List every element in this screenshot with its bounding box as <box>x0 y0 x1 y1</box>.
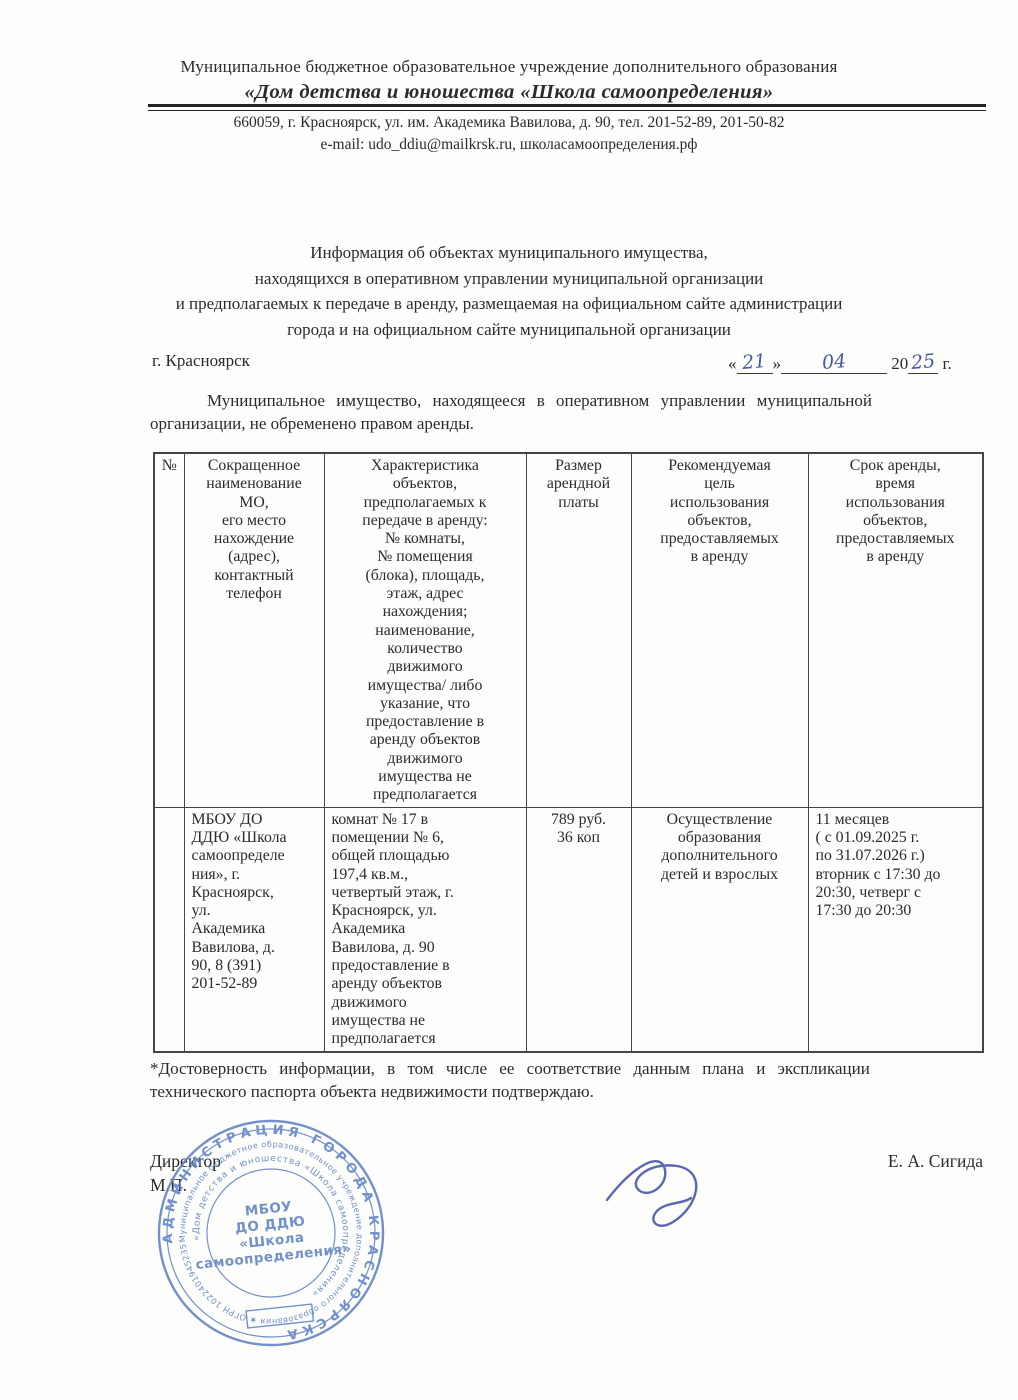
table-header-row: № Сокращенное наименование МО, его место… <box>154 453 983 807</box>
address-line: 660059, г. Красноярск, ул. им. Академика… <box>0 114 1018 132</box>
header-number: № <box>154 453 184 807</box>
header-characteristics: Характеристика объектов, предполагаемых … <box>324 453 526 807</box>
city-label: г. Красноярск <box>152 351 250 371</box>
footnote-line-1: *Достоверность информации, в том числе е… <box>150 1058 983 1081</box>
dateline: г. Красноярск «21»04 2025 г. <box>0 351 1018 381</box>
intro-paragraph: Муниципальное имущество, находящееся в о… <box>150 390 983 435</box>
date-open-quote: « <box>728 354 737 373</box>
org-name-line: «Дом детства и юношества «Школа самоопре… <box>0 81 1018 104</box>
date-year-handwritten: 25 <box>910 350 936 374</box>
signer-name: Е. А. Сигида <box>755 1151 983 1172</box>
footnote-line-2: технического паспорта объекта недвижимос… <box>150 1081 983 1104</box>
footnote: *Достоверность информации, в том числе е… <box>150 1058 983 1103</box>
official-stamp: АДМИНИСТРАЦИЯ ГОРОДА КРАСНОЯРСКА Муницип… <box>138 1100 404 1366</box>
date-day-handwritten: 21 <box>741 350 767 374</box>
date-century: 20 <box>891 354 908 373</box>
intro-line-1: Муниципальное имущество, находящееся в о… <box>150 390 983 413</box>
stamp-center-text: МБОУ ДО ДДЮ «Школа самоопределения» <box>138 1100 404 1366</box>
cell-characteristics: комнат № 17 в помещении № 6, общей площа… <box>324 807 526 1051</box>
intro-line-2: организации, не обременено правом аренды… <box>150 413 983 436</box>
date-suffix: г. <box>943 354 952 373</box>
date-close-quote: » <box>773 354 782 373</box>
cell-lease-term: 11 месяцев ( с 01.09.2025 г. по 31.07.20… <box>808 807 983 1051</box>
header-org-name: Сокращенное наименование МО, его место н… <box>184 453 324 807</box>
email-line: e-mail: udo_ddiu@mailkrsk.ru, школасамоо… <box>0 136 1018 154</box>
document-title: Информация об объектах муниципального им… <box>0 240 1018 342</box>
cell-recommended-use: Осуществление образования дополнительног… <box>631 807 808 1051</box>
date-field: «21»04 2025 г. <box>728 351 952 374</box>
header-rent-amount: Размер арендной платы <box>526 453 631 807</box>
property-table: № Сокращенное наименование МО, его место… <box>153 452 984 1053</box>
cell-number <box>154 807 184 1051</box>
header-recommended-use: Рекомендуемая цель использования объекто… <box>631 453 808 807</box>
header-lease-term: Срок аренды, время использования объекто… <box>808 453 983 807</box>
date-month-handwritten: 04 <box>821 350 847 374</box>
cell-org-name: МБОУ ДО ДДЮ «Школа самоопределе ния», г.… <box>184 807 324 1051</box>
document-page: Муниципальное бюджетное образовательное … <box>0 0 1018 1400</box>
letterhead-rule <box>148 104 986 111</box>
org-type-line: Муниципальное бюджетное образовательное … <box>0 57 1018 77</box>
signature-scribble <box>595 1138 765 1238</box>
date-day-slot: 21 <box>737 351 773 374</box>
table-row: МБОУ ДО ДДЮ «Школа самоопределе ния», г.… <box>154 807 983 1051</box>
cell-rent-amount: 789 руб. 36 коп <box>526 807 631 1051</box>
date-month-slot: 04 <box>781 351 887 374</box>
date-year-slot: 25 <box>908 351 938 374</box>
